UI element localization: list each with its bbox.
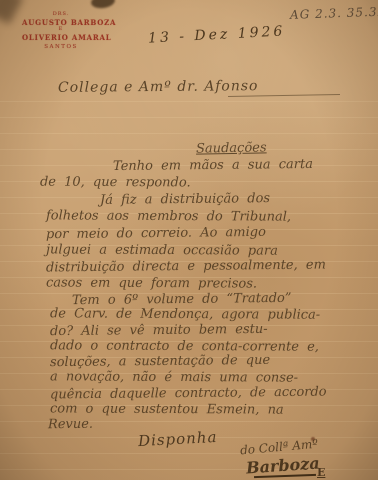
letterhead-name-2: OLIVERIO AMARAL	[22, 34, 100, 42]
body-line: Já fiz a distribuição dos	[100, 191, 270, 208]
body-line: soluções, a sustentação de que	[50, 353, 270, 370]
closing-word: Disponha	[138, 428, 218, 450]
body-line: julguei a estimada occasião para	[46, 242, 278, 258]
body-line: Tenho em mãos a sua carta	[113, 157, 313, 174]
body-line: do? Ali se vê muito bem estu-	[50, 322, 268, 339]
body-line: de Carv. de Mendonça, agora publica-	[50, 306, 320, 322]
scanned-letter-page: { "document": { "kind": "handwritten let…	[0, 0, 378, 480]
letterhead-conjunction: E	[22, 27, 100, 33]
date-line: 13 - Dez 1926	[148, 23, 286, 46]
body-line: por meio do correio. Ao amigo	[46, 225, 266, 242]
body-line: casos em que foram precisos.	[46, 275, 257, 291]
body-line: com o que sustentou Esmein, na	[50, 401, 284, 417]
archive-reference-number: AG 2.3. 35.320	[290, 4, 378, 22]
body-line: a novação, não é mais uma conse-	[50, 369, 298, 385]
signature-archive-mark: E	[317, 466, 325, 479]
corner-shadow	[0, 0, 24, 24]
salutation-line: Collega e Amº dr. Afonso	[58, 78, 259, 96]
body-line: distribuição directa e pessoalmente, em	[46, 258, 326, 276]
body-line: quência daquelle contracto, de accordo	[50, 385, 327, 403]
salutation-pen-stroke	[228, 94, 340, 97]
body-line: de 10, que respondo.	[40, 175, 191, 191]
ink-blotch-stain	[90, 0, 116, 10]
greeting-word: Saudações	[196, 140, 267, 156]
body-line: dado o contracto de conta-corrente e,	[50, 338, 319, 354]
printed-letterhead: DRS. AUGUSTO BARBOZA E OLIVERIO AMARAL S…	[22, 12, 100, 50]
body-line: Revue.	[48, 417, 93, 432]
letterhead-city: SANTOS	[22, 44, 100, 50]
letterhead-prefix: DRS.	[22, 12, 100, 18]
body-line: Tem o 6º volume do “Tratado”	[72, 291, 292, 308]
body-line: folhetos aos membros do Tribunal,	[46, 208, 291, 224]
